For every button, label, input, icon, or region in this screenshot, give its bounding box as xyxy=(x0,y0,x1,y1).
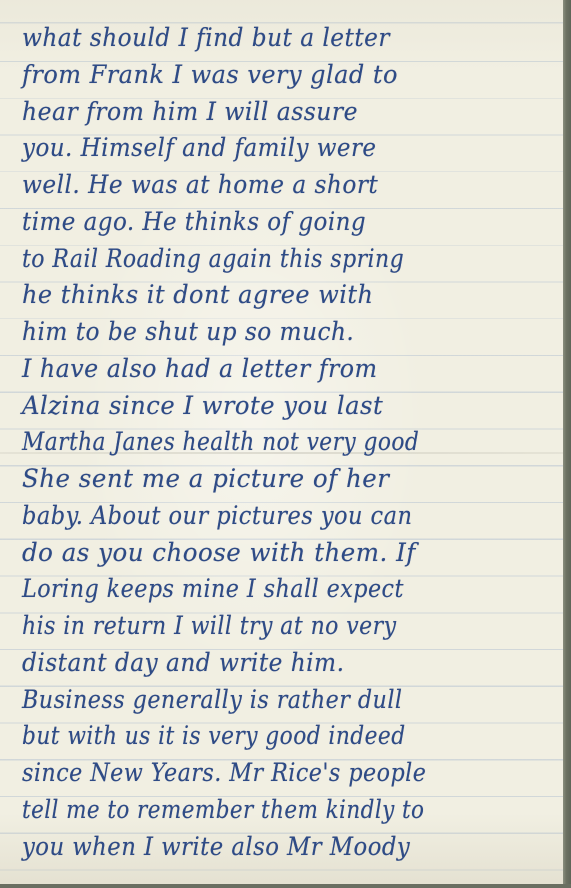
text-line: I have also had a letter from xyxy=(22,351,530,388)
text-line: what should I find but a letter xyxy=(22,20,520,57)
text-line: do as you choose with them. If xyxy=(22,535,546,572)
text-line: distant day and write him. xyxy=(22,645,520,682)
text-line: She sent me a picture of her xyxy=(22,461,546,498)
text-line: Business generally is rather dull xyxy=(22,682,498,719)
text-line: hear from him I will assure xyxy=(22,94,525,131)
text-line: he thinks it dont agree with xyxy=(22,277,536,314)
text-line: from Frank I was very glad to xyxy=(22,57,536,94)
text-line: well. He was at home a short xyxy=(22,167,520,204)
text-line: since New Years. Mr Rice's people xyxy=(22,755,498,792)
text-line: his in return I will try at no very xyxy=(22,608,493,645)
text-line: Alzina since I wrote you last xyxy=(22,388,541,425)
handwritten-text: what should I find but a letter from Fra… xyxy=(22,20,557,865)
text-line: Loring keeps mine I shall expect xyxy=(22,571,498,608)
scan-background-edge-bottom xyxy=(0,884,571,888)
text-line: baby. About our pictures you can xyxy=(22,498,504,535)
text-line: Martha Janes health not very good xyxy=(22,424,487,461)
text-line: you. Himself and family were xyxy=(22,130,514,167)
scan-background-edge-right xyxy=(563,0,571,888)
text-line: but with us it is very good indeed xyxy=(22,718,487,755)
text-line: to Rail Roading again this spring xyxy=(22,241,493,278)
text-line: tell me to remember them kindly to xyxy=(22,792,482,829)
text-line: him to be shut up so much. xyxy=(22,314,520,351)
letter-page: what should I find but a letter from Fra… xyxy=(0,0,563,884)
text-line: you when I write also Mr Moody xyxy=(22,829,509,866)
text-line: time ago. He thinks of going xyxy=(22,204,514,241)
